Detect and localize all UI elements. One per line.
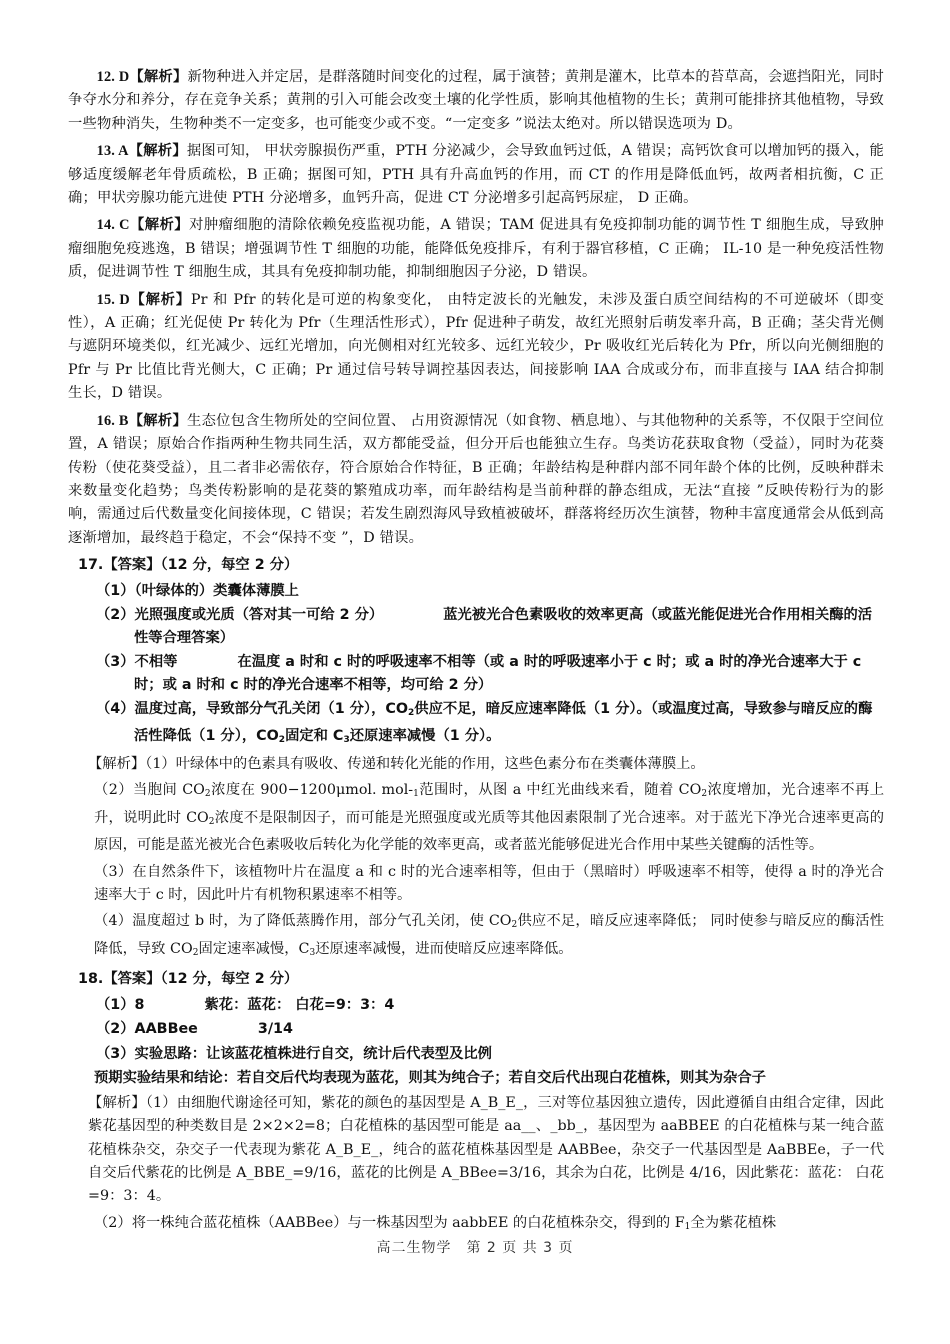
answer-text: 温度过高，导致部分气孔关闭（1 分），CO — [135, 701, 408, 717]
analysis-tag: 【解析】 — [130, 292, 191, 308]
answer-label: （2） — [96, 1021, 135, 1037]
q17-explanation-4: （4）温度超过 b 时，为了降低蒸腾作用，部分气孔关闭，使 CO2供应不足，暗反… — [94, 910, 884, 965]
item-12: 12. D【解析】新物种进入并定居，是群落随时间变化的过程，属于演替；黄荆是灌木… — [68, 66, 884, 136]
answer-text: 光照强度或光质（答对其一可给 2 分） — [135, 607, 384, 623]
q18-answer-3: （3）实验思路：让该蓝花植株进行自交，统计后代表型及比例 — [96, 1043, 884, 1066]
q18-answer-heading: 18.【答案】（12 分，每空 2 分） — [78, 968, 884, 991]
q18-answer-1: （1）8紫花：蓝花： 白花=9：3：4 — [96, 994, 884, 1017]
explanation-text: 固定速率减慢，C — [198, 941, 309, 957]
explanation-text: （4）温度超过 b 时，为了降低蒸腾作用，部分气孔关闭，使 CO — [94, 913, 512, 929]
explanation-text: （2）将一株纯合蓝花植株（AABBee）与一株基因型为 aabbEE 的白花植株… — [94, 1215, 685, 1231]
item-14: 14. C【解析】对肿瘤细胞的清除依赖免疫监视功能，A 错误；TAM 促进具有免… — [68, 214, 884, 284]
explanation-text: 浓度在 900−1200μmol. mol- — [211, 782, 413, 798]
answer-text: 不相等 — [135, 654, 178, 670]
item-number: 14. C — [97, 217, 130, 233]
answer-label: （4） — [96, 701, 135, 717]
explanation-text: 范围时，从图 a 中红光曲线来看，随着 CO — [419, 782, 702, 798]
item-text: 生态位包含生物所处的空间位置、 占用资源情况（如食物、栖息地）、与其他物种的关系… — [68, 413, 884, 546]
answer-text: 固定和 C — [285, 728, 343, 744]
q17-answer-2: （2）光照强度或光质（答对其一可给 2 分）蓝光被光合色素吸收的效率更高（或蓝光… — [96, 604, 884, 649]
q17-explanation-2: （2）当胞间 CO2浓度在 900−1200μmol. mol-1范围时，从图 … — [94, 779, 884, 857]
answer-text: AABBee — [135, 1021, 198, 1037]
answer-text-2: 紫花：蓝花： 白花=9：3：4 — [205, 997, 395, 1013]
analysis-tag: 【解析】 — [88, 1095, 146, 1111]
item-15: 15. D【解析】Pr 和 Pfr 的转化是可逆的构象变化， 由特定波长的光触发… — [68, 289, 884, 406]
explanation-text: （2）当胞间 CO — [94, 782, 205, 798]
item-number: 12. D — [97, 69, 130, 85]
item-text: 据图可知， 甲状旁腺损伤严重，PTH 分泌减少，会导致血钙过低，A 错误；高钙饮… — [68, 143, 884, 206]
answer-text-2: 在温度 a 时和 c 时的呼吸速率不相等（或 a 时的呼吸速率小于 c 时；或 … — [134, 654, 861, 693]
analysis-tag: 【解析】 — [88, 756, 145, 772]
item-number: 13. A — [97, 143, 129, 159]
answer-label: （1） — [96, 997, 135, 1013]
analysis-tag: 【解析】 — [129, 143, 187, 159]
item-number: 15. D — [97, 292, 130, 308]
q18-conclusion: 预期实验结果和结论：若自交后代均表现为蓝花，则其为纯合子；若自交后代出现白花植株… — [94, 1067, 884, 1090]
answer-label: （1） — [96, 583, 135, 599]
q18-explanation-1: 【解析】（1）由细胞代谢途径可知，紫花的颜色的基因型是 A_B_E_，三对等位基… — [88, 1092, 884, 1209]
explanation-text: 全为紫花植株 — [690, 1215, 776, 1231]
answer-text: 实验思路：让该蓝花植株进行自交，统计后代表型及比例 — [135, 1046, 492, 1062]
explanation-text: （3）在自然条件下，该植物叶片在温度 a 和 c 时的光合速率相等，但由于（黑暗… — [94, 864, 884, 903]
q17-explanation-1: 【解析】（1）叶绿体中的色素具有吸收、传递和转化光能的作用，这些色素分布在类囊体… — [88, 753, 884, 776]
explanation-text: （1）由细胞代谢途径可知，紫花的颜色的基因型是 A_B_E_，三对等位基因独立遗… — [88, 1095, 884, 1205]
answer-text: （叶绿体的）类囊体薄膜上 — [135, 583, 299, 599]
q17-answer-4: （4）温度过高，导致部分气孔关闭（1 分），CO2供应不足，暗反应速率降低（1 … — [96, 698, 884, 751]
item-16: 16. B【解析】生态位包含生物所处的空间位置、 占用资源情况（如食物、栖息地）… — [68, 410, 884, 550]
analysis-tag: 【解析】 — [130, 217, 189, 233]
explanation-text: 还原速率减慢，进而使暗反应速率降低。 — [315, 941, 572, 957]
answer-text: 还原速率减慢（1 分）。 — [350, 728, 501, 744]
item-text: Pr 和 Pfr 的转化是可逆的构象变化， 由特定波长的光触发，未涉及蛋白质空间… — [68, 292, 884, 402]
answer-text: 8 — [135, 997, 145, 1013]
answer-label: （3） — [96, 1046, 135, 1062]
answer-label: （2） — [96, 607, 135, 623]
q17-explanation-3: （3）在自然条件下，该植物叶片在温度 a 和 c 时的光合速率相等，但由于（黑暗… — [94, 861, 884, 908]
page-footer: 高二生物学 第 2 页 共 3 页 — [0, 1237, 950, 1257]
analysis-tag: 【解析】 — [129, 413, 187, 429]
q17-answer-3: （3）不相等在温度 a 时和 c 时的呼吸速率不相等（或 a 时的呼吸速率小于 … — [96, 651, 884, 696]
item-text: 新物种进入并定居，是群落随时间变化的过程，属于演替；黄荆是灌木，比草本的苔草高，… — [68, 69, 884, 132]
item-text: 对肿瘤细胞的清除依赖免疫监视功能，A 错误；TAM 促进具有免疫抑制功能的调节性… — [68, 217, 884, 280]
answer-key-page: 12. D【解析】新物种进入并定居，是群落随时间变化的过程，属于演替；黄荆是灌木… — [68, 66, 884, 1242]
q17-answer-heading: 17.【答案】（12 分，每空 2 分） — [78, 554, 884, 577]
q18-explanation-2: （2）将一株纯合蓝花植株（AABBee）与一株基因型为 aabbEE 的白花植株… — [94, 1212, 884, 1239]
item-13: 13. A【解析】据图可知， 甲状旁腺损伤严重，PTH 分泌减少，会导致血钙过低… — [68, 140, 884, 210]
explanation-text: （1）叶绿体中的色素具有吸收、传递和转化光能的作用，这些色素分布在类囊体薄膜上。 — [145, 756, 705, 772]
answer-label: （3） — [96, 654, 135, 670]
analysis-tag: 【解析】 — [129, 69, 187, 85]
item-number: 16. B — [97, 413, 129, 429]
q17-answer-1: （1）（叶绿体的）类囊体薄膜上 — [96, 580, 884, 603]
q18-answer-2: （2）AABBee3/14 — [96, 1018, 884, 1041]
answer-text-2: 3/14 — [258, 1021, 293, 1037]
